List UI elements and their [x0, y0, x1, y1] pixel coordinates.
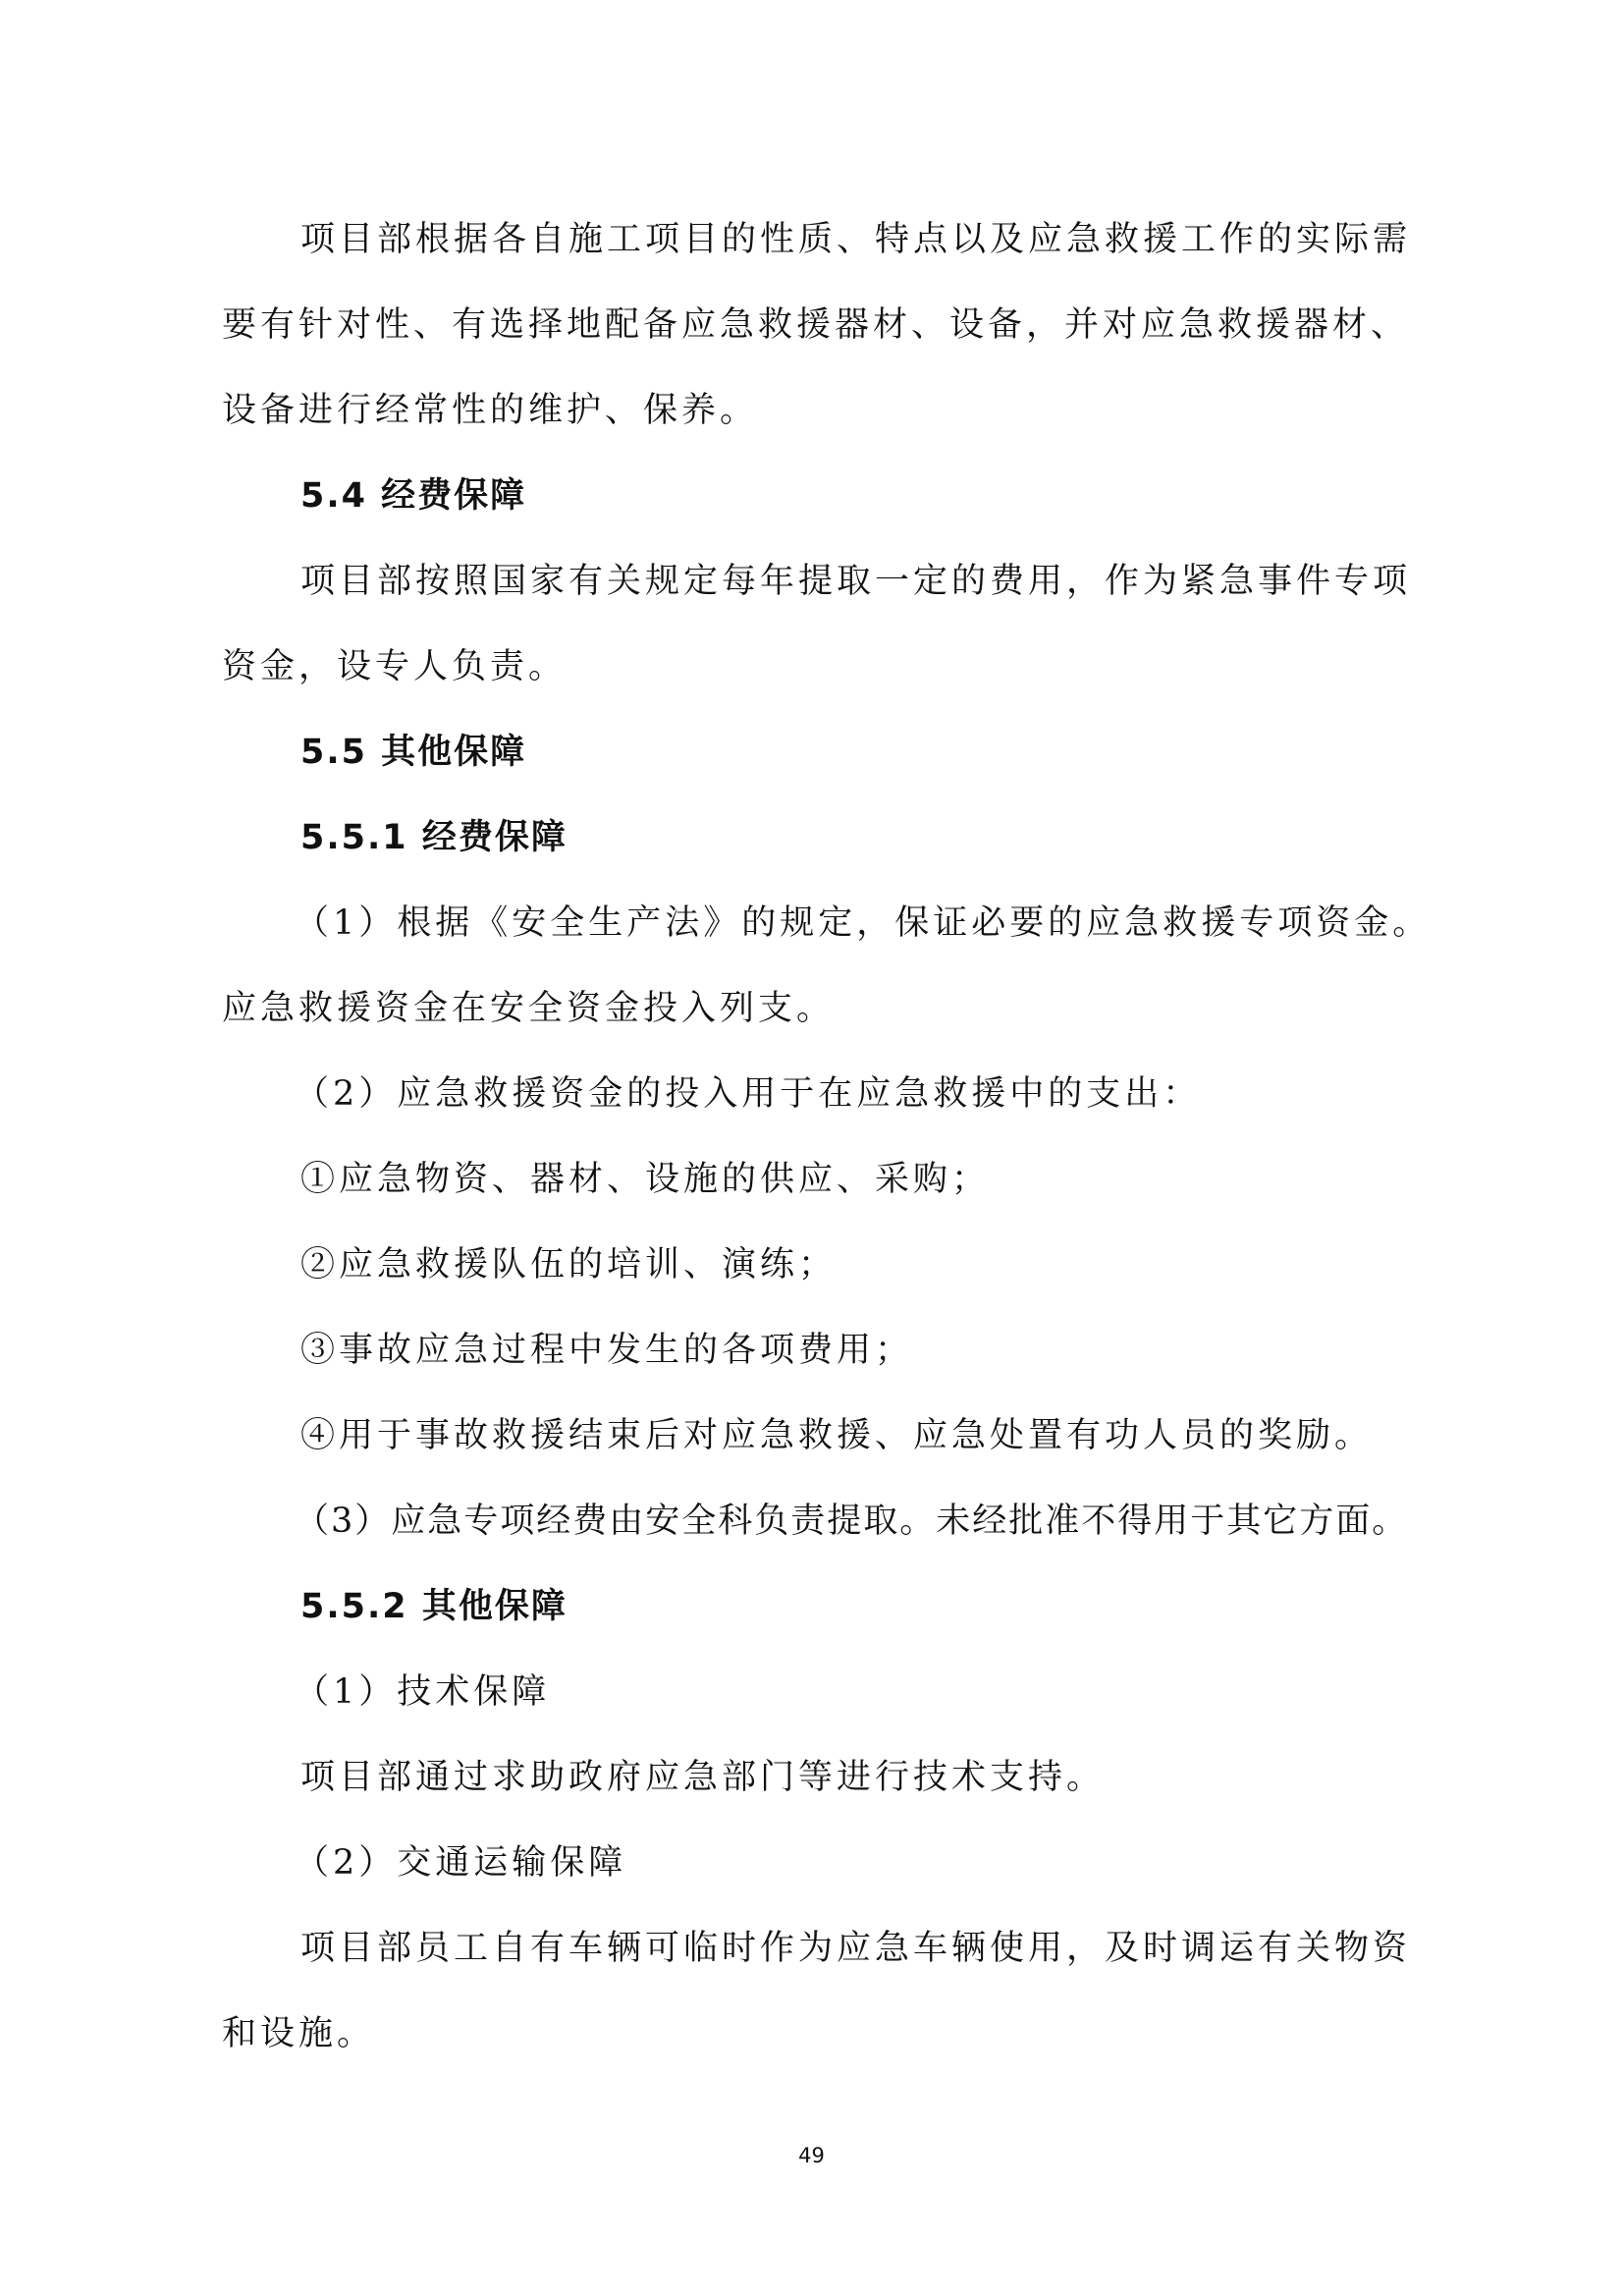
section-heading-5-5: 5.5 其他保障 [300, 731, 1479, 774]
list-item: ①应急物资、器材、设施的供应、采购； [300, 1158, 1479, 1201]
list-item: ④用于事故救援结束后对应急救援、应急处置有功人员的奖励。 [300, 1414, 1479, 1457]
paragraph-line: 项目部通过求助政府应急部门等进行技术支持。 [300, 1756, 1479, 1799]
subheading-technical: （1）技术保障 [295, 1670, 1473, 1714]
document-page: 项目部根据各自施工项目的性质、特点以及应急救援工作的实际需 要有针对性、有选择地… [0, 0, 1623, 2296]
paragraph-line: 资金，设专人负责。 [222, 645, 1400, 688]
paragraph-line: 项目部按照国家有关规定每年提取一定的费用，作为紧急事件专项 [300, 560, 1479, 603]
paragraph-line: （2）应急救援资金的投入用于在应急救援中的支出： [295, 1072, 1473, 1116]
section-heading-5-5-2: 5.5.2 其他保障 [300, 1585, 1479, 1628]
subheading-transport: （2）交通运输保障 [295, 1841, 1473, 1885]
paragraph-line: 和设施。 [222, 2012, 1400, 2055]
list-item: ③事故应急过程中发生的各项费用； [300, 1329, 1479, 1372]
paragraph-line: （3）应急专项经费由安全科负责提取。未经批准不得用于其它方面。 [295, 1500, 1473, 1543]
list-item: ②应急救援队伍的培训、演练； [300, 1243, 1479, 1286]
paragraph-line: 项目部根据各自施工项目的性质、特点以及应急救援工作的实际需 [300, 218, 1479, 261]
page-number: 49 [0, 2144, 1623, 2167]
section-heading-5-4: 5.4 经费保障 [300, 474, 1479, 518]
paragraph-line: 应急救援资金在安全资金投入列支。 [222, 987, 1400, 1030]
paragraph-line: 项目部员工自有车辆可临时作为应急车辆使用，及时调运有关物资 [300, 1927, 1479, 1970]
paragraph-line: 设备进行经常性的维护、保养。 [222, 389, 1400, 432]
paragraph-line: 要有针对性、有选择地配备应急救援器材、设备，并对应急救援器材、 [222, 303, 1400, 347]
section-heading-5-5-1: 5.5.1 经费保障 [300, 816, 1479, 859]
paragraph-line: （1）根据《安全生产法》的规定，保证必要的应急救援专项资金。 [295, 902, 1473, 945]
